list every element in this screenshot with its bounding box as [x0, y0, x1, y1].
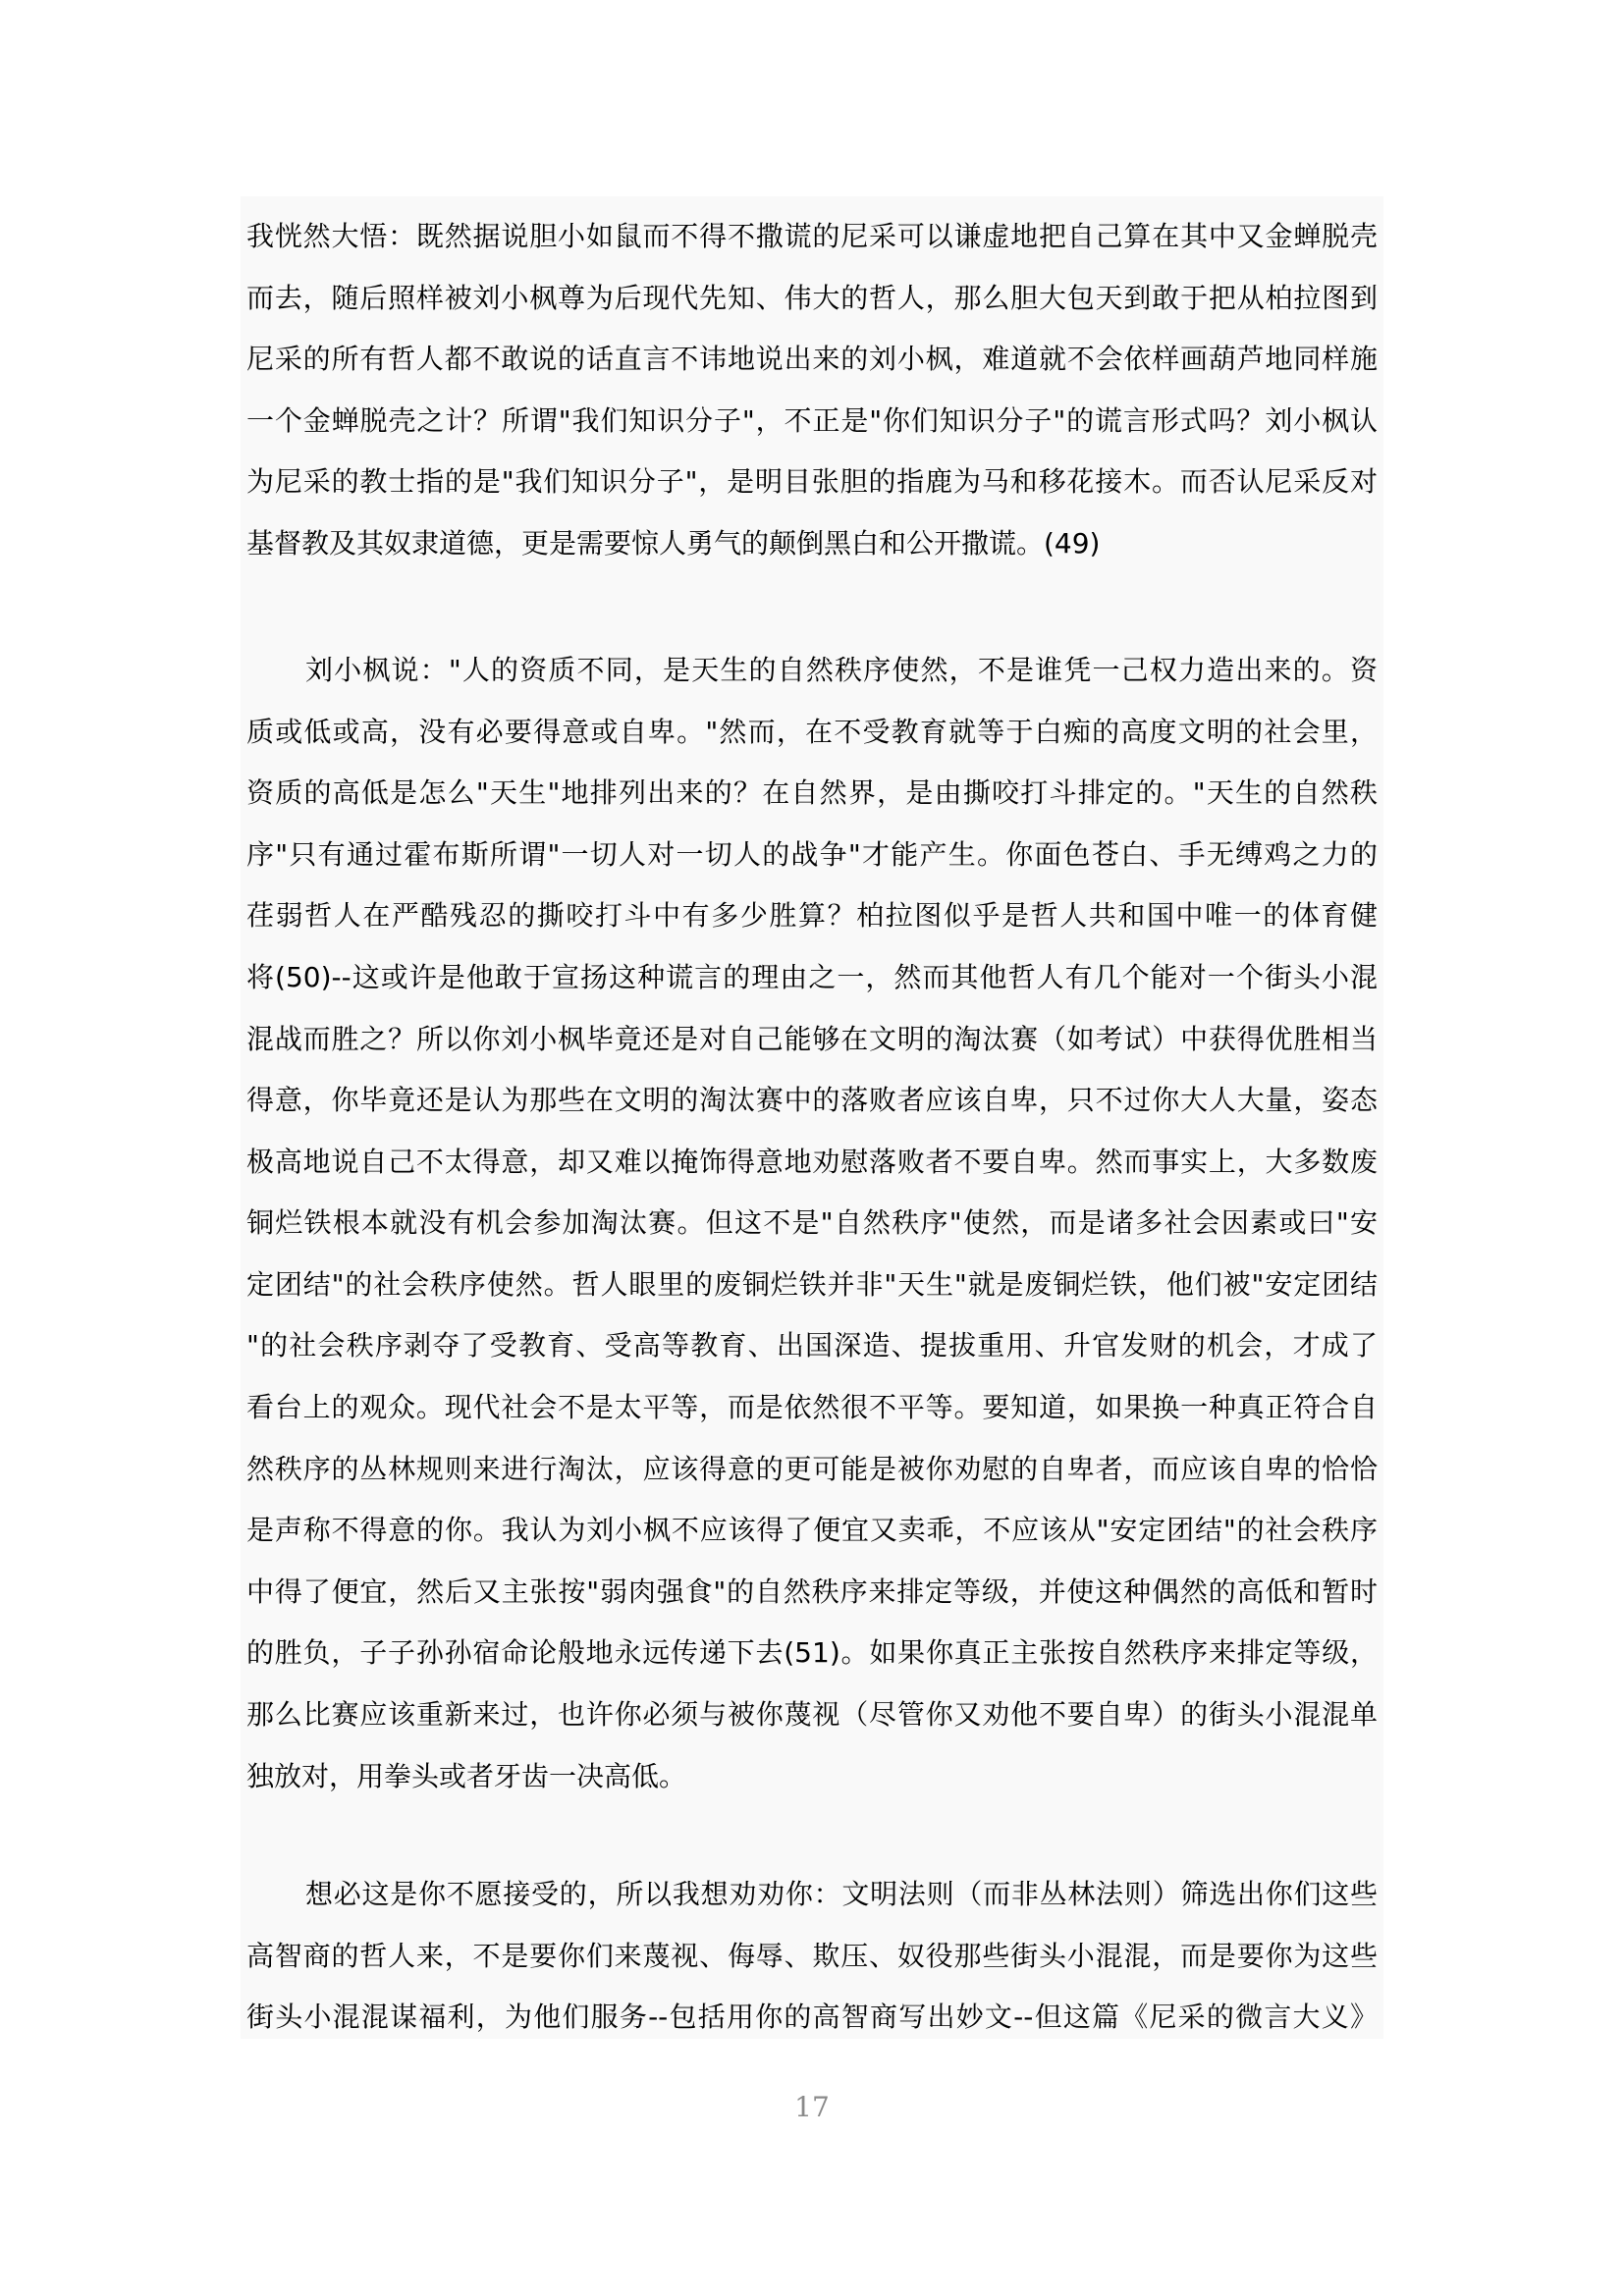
paragraph-2-line-12: "的社会秩序剥夺了受教育、受高等教育、出国深造、提拔重用、升官发财的机会，才成了: [246, 1328, 1378, 1363]
paragraph-2-line-13: 看台上的观众。现代社会不是太平等，而是依然很不平等。要知道，如果换一种真正符合自: [246, 1390, 1378, 1425]
paragraph-3-line-1: 想必这是你不愿接受的，所以我想劝劝你：文明法则（而非丛林法则）筛选出你们这些: [305, 1877, 1378, 1912]
paragraph-2-line-15: 是声称不得意的你。我认为刘小枫不应该得了便宜又卖乖，不应该从"安定团结"的社会秩…: [246, 1513, 1378, 1548]
paragraph-1-line-2: 而去，随后照样被刘小枫尊为后现代先知、伟大的哲人，那么胆大包天到敢于把从柏拉图到: [246, 281, 1378, 316]
paragraph-1-line-4: 一个金蝉脱壳之计？所谓"我们知识分子"，不正是"你们知识分子"的谎言形式吗？刘小…: [246, 403, 1378, 439]
text-block: 我恍然大悟：既然据说胆小如鼠而不得不撒谎的尼采可以谦虚地把自己算在其中又金蝉脱壳…: [241, 196, 1383, 2039]
paragraph-3-line-2: 高智商的哲人来，不是要你们来蔑视、侮辱、欺压、奴役那些街头小混混，而是要你为这些: [246, 1939, 1378, 1974]
paragraph-1-line-5: 为尼采的教士指的是"我们知识分子"，是明目张胆的指鹿为马和移花接木。而否认尼采反…: [246, 464, 1378, 500]
paragraph-2-line-19: 独放对，用拳头或者牙齿一决高低。: [246, 1759, 1378, 1794]
paragraph-2-line-7: 混战而胜之？所以你刘小枫毕竟还是对自己能够在文明的淘汰赛（如考试）中获得优胜相当: [246, 1022, 1378, 1057]
paragraph-2-line-11: 定团结"的社会秩序使然。哲人眼里的废铜烂铁并非"天生"就是废铜烂铁，他们被"安定…: [246, 1267, 1378, 1303]
paragraph-1-line-6: 基督教及其奴隶道德，更是需要惊人勇气的颠倒黑白和公开撒谎。(49): [246, 526, 1378, 561]
paragraph-2-line-8: 得意，你毕竟还是认为那些在文明的淘汰赛中的落败者应该自卑，只不过你大人大量，姿态: [246, 1083, 1378, 1118]
paragraph-2-line-4: 序"只有通过霍布斯所谓"一切人对一切人的战争"才能产生。你面色苍白、手无缚鸡之力…: [246, 837, 1378, 873]
paragraph-2-line-3: 资质的高低是怎么"天生"地排列出来的？在自然界，是由撕咬打斗排定的。"天生的自然…: [246, 775, 1378, 811]
paragraph-2-line-9: 极高地说自己不太得意，却又难以掩饰得意地劝慰落败者不要自卑。然而事实上，大多数废: [246, 1145, 1378, 1180]
paragraph-2-line-18: 那么比赛应该重新来过，也许你必须与被你蔑视（尽管你又劝他不要自卑）的街头小混混单: [246, 1697, 1378, 1733]
page-number: 17: [0, 2091, 1624, 2123]
paragraph-2-line-5: 荏弱哲人在严酷残忍的撕咬打斗中有多少胜算？柏拉图似乎是哲人共和国中唯一的体育健: [246, 898, 1378, 934]
paragraph-2-line-6: 将(50)--这或许是他敢于宣扬这种谎言的理由之一，然而其他哲人有几个能对一个街…: [246, 960, 1378, 995]
paragraph-2-line-17: 的胜负，子子孙孙宿命论般地永远传递下去(51)。如果你真正主张按自然秩序来排定等…: [246, 1635, 1378, 1671]
paragraph-2-line-14: 然秩序的丛林规则来进行淘汰，应该得意的更可能是被你劝慰的自卑者，而应该自卑的恰恰: [246, 1452, 1378, 1487]
paragraph-2-line-2: 质或低或高，没有必要得意或自卑。"然而，在不受教育就等于白痴的高度文明的社会里，: [246, 715, 1378, 750]
paragraph-1-line-3: 尼采的所有哲人都不敢说的话直言不讳地说出来的刘小枫，难道就不会依样画葫芦地同样施: [246, 342, 1378, 377]
paragraph-3-line-3: 街头小混混谋福利，为他们服务--包括用你的高智商写出妙文--但这篇《尼采的微言大…: [246, 2000, 1378, 2035]
paragraph-2-line-1: 刘小枫说："人的资质不同，是天生的自然秩序使然，不是谁凭一己权力造出来的。资: [305, 653, 1378, 688]
paragraph-2-line-16: 中得了便宜，然后又主张按"弱肉强食"的自然秩序来排定等级，并使这种偶然的高低和暂…: [246, 1575, 1378, 1610]
paragraph-2-line-10: 铜烂铁根本就没有机会参加淘汰赛。但这不是"自然秩序"使然，而是诸多社会因素或曰"…: [246, 1205, 1378, 1241]
paragraph-1-line-1: 我恍然大悟：既然据说胆小如鼠而不得不撒谎的尼采可以谦虚地把自己算在其中又金蝉脱壳: [246, 219, 1378, 254]
